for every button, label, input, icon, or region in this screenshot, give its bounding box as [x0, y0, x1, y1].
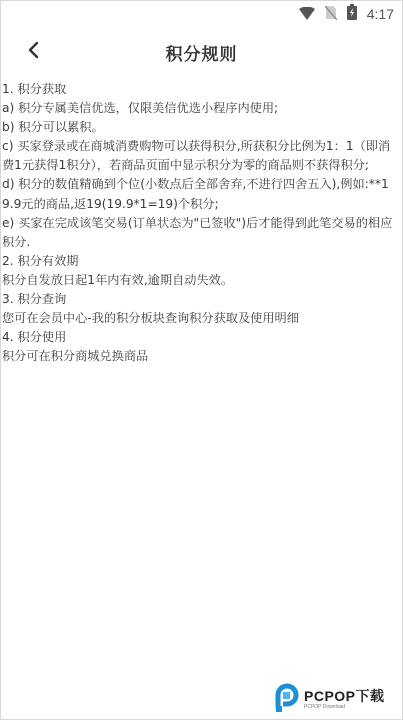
rule-item-a: a) 积分专属美信优选，仅限美信优选小程序内使用;: [2, 99, 396, 118]
status-time: 4:17: [367, 6, 394, 22]
usage-text: 积分可在积分商城兑换商品: [2, 347, 396, 366]
no-sim-icon: [325, 5, 337, 24]
watermark: PCPOP下载 PCPOP Download: [274, 683, 396, 715]
rule-item-e: e) 买家在完成该笔交易(订单状态为"已签收")后才能得到此笔交易的相应积分.: [2, 214, 396, 252]
wifi-icon: [299, 5, 315, 24]
section-heading-earn: 1. 积分获取: [2, 80, 396, 99]
section-heading-query: 3. 积分查询: [2, 290, 396, 309]
validity-text: 积分自发放日起1年内有效,逾期自动失效。: [2, 271, 396, 290]
battery-charging-icon: [347, 4, 357, 24]
page-title: 积分规则: [166, 40, 238, 65]
chevron-left-icon: [27, 41, 39, 63]
section-heading-validity: 2. 积分有效期: [2, 252, 396, 271]
nav-bar: 积分规则: [1, 27, 402, 77]
status-bar: 4:17: [1, 1, 402, 27]
rule-item-b: b) 积分可以累积。: [2, 118, 396, 137]
watermark-sub-text: PCPOP Download: [304, 704, 385, 710]
rule-item-c: c) 买家登录或在商城消费购物可以获得积分,所获积分比例为1：1（即消费1元获得…: [2, 137, 396, 175]
watermark-main-text: PCPOP下载: [304, 689, 385, 704]
pcpop-logo-icon: [274, 682, 300, 716]
rule-item-d: d) 积分的数值精确到个位(小数点后全部舍弃,不进行四舍五入),例如:**19.…: [2, 175, 396, 213]
back-button[interactable]: [21, 39, 45, 65]
rules-content: 1. 积分获取 a) 积分专属美信优选，仅限美信优选小程序内使用; b) 积分可…: [2, 80, 396, 366]
query-text: 您可在会员中心-我的积分板块查询积分获取及使用明细: [2, 309, 396, 328]
section-heading-usage: 4. 积分使用: [2, 328, 396, 347]
